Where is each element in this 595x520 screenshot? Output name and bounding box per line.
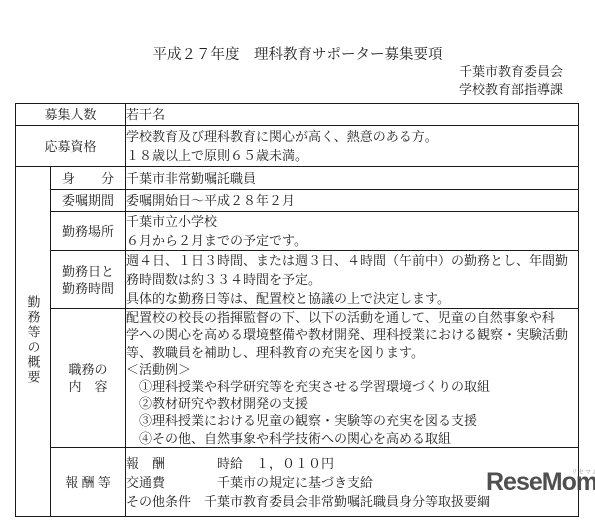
row-value-eligibility: 学校教育及び理科教育に関心が高く、熱意のある方。 １８歳以上で原則６５歳未満。 — [126, 126, 579, 167]
table-row: 勤務場所 千葉市立小学校 ６月から２月までの予定です。 — [16, 212, 579, 251]
row-value-work-location: 千葉市立小学校 ６月から２月までの予定です。 — [126, 212, 579, 251]
row-label-compensation: 報 酬 等 — [51, 448, 126, 517]
recruitment-table: 募集人数 若干名 応募資格 学校教育及び理科教育に関心が高く、熱意のある方。 １… — [15, 103, 579, 517]
table-row: 職務の 内 容 配置校の校長の指揮監督の下、以下の活動を通して、児童の自然事象や… — [16, 309, 579, 448]
organization-block: 千葉市教育委員会 学校教育部指導課 — [459, 63, 563, 98]
organization-line-2: 学校教育部指導課 — [459, 81, 563, 99]
organization-line-1: 千葉市教育委員会 — [459, 63, 563, 81]
row-label-commission-period: 委嘱期間 — [51, 190, 126, 212]
group-header-label: 勤務等の概要 — [27, 295, 40, 385]
row-label-status: 身 分 — [51, 167, 126, 190]
row-label-work-location: 勤務場所 — [51, 212, 126, 251]
table-row: 募集人数 若干名 — [16, 104, 579, 126]
row-value-work-days-hours: 週４日、１日３時間、または週３日、４時間（午前中）の勤務とし、年間勤 務時間数は… — [126, 251, 579, 309]
row-label-job-duties: 職務の 内 容 — [51, 309, 126, 448]
row-value-compensation: 報 酬 時給 １，０１０円 交通費 千葉市の規定に基づき支給 その他条件 千葉市… — [126, 448, 579, 517]
row-value-commission-period: 委嘱開始日～平成２８年２月 — [126, 190, 579, 212]
page-title: 平成２７年度 理科教育サポーター募集要項 — [0, 46, 595, 64]
row-value-job-duties: 配置校の校長の指揮監督の下、以下の活動を通して、児童の自然事象や科 学への関心を… — [126, 309, 579, 448]
row-value-number-recruited: 若干名 — [126, 104, 579, 126]
table-row: 勤務日と 勤務時間 週４日、１日３時間、または週３日、４時間（午前中）の勤務とし… — [16, 251, 579, 309]
document-page: 平成２７年度 理科教育サポーター募集要項 千葉市教育委員会 学校教育部指導課 募… — [0, 0, 595, 520]
group-header-work-overview: 勤務等の概要 — [16, 167, 51, 517]
row-label-eligibility: 応募資格 — [16, 126, 126, 167]
table-row: 応募資格 学校教育及び理科教育に関心が高く、熱意のある方。 １８歳以上で原則６５… — [16, 126, 579, 167]
row-label-number-recruited: 募集人数 — [16, 104, 126, 126]
table-row: 勤務等の概要 身 分 千葉市非常勤嘱託職員 — [16, 167, 579, 190]
table-row: 委嘱期間 委嘱開始日～平成２８年２月 — [16, 190, 579, 212]
row-label-work-days-hours: 勤務日と 勤務時間 — [51, 251, 126, 309]
row-value-status: 千葉市非常勤嘱託職員 — [126, 167, 579, 190]
table-row: 報 酬 等 報 酬 時給 １，０１０円 交通費 千葉市の規定に基づき支給 その他… — [16, 448, 579, 517]
